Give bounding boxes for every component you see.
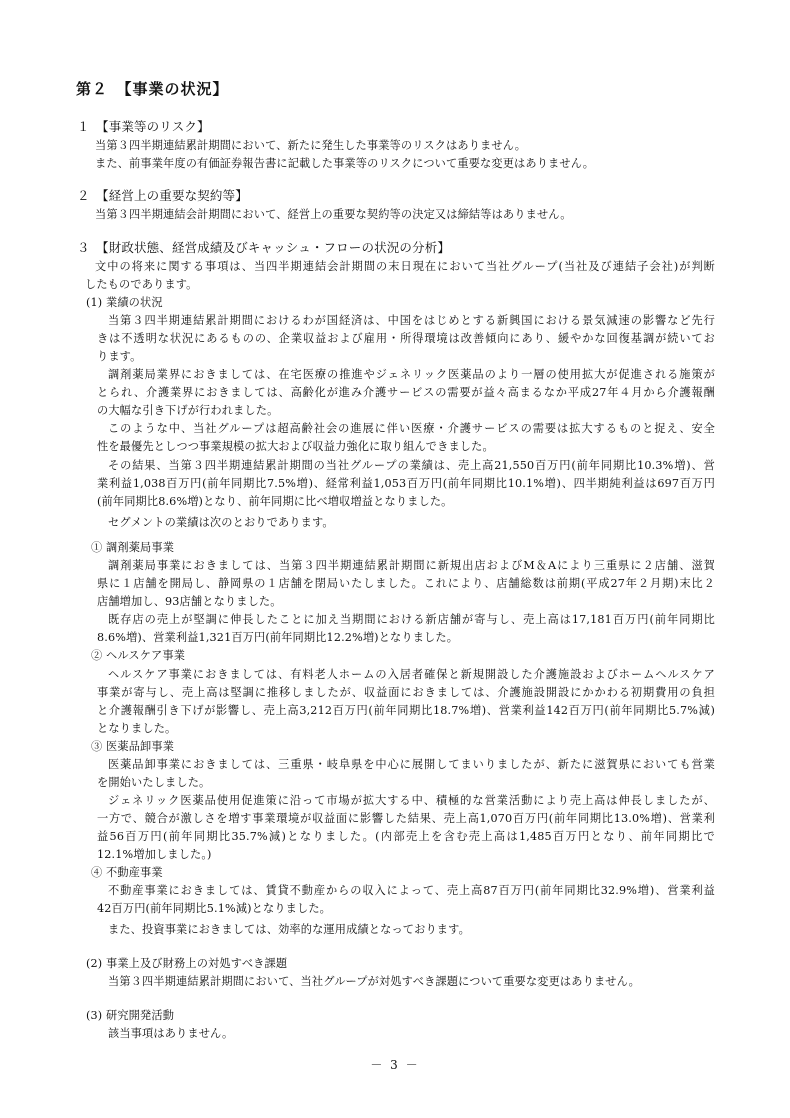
subsection-heading-rnd: (3) 研究開発活動: [86, 1009, 174, 1023]
body-line: ジェネリック医薬品使用促進策に沿って市場が拡大する中、積極的な営業活動により売上…: [108, 794, 715, 810]
segment-heading-wholesale: ③ 医薬品卸事業: [91, 740, 174, 754]
body-line: 店舗増加し、93店舗となりました。: [97, 595, 282, 609]
body-line: と介護報酬引き下げが影響し、売上高3,212百万円(前年同期比18.7%増)、営…: [97, 704, 715, 720]
body-line: 12.1%増加しました。): [97, 848, 212, 862]
body-line: の大幅な引き下げが行われました。: [97, 404, 278, 418]
body-line: 42百万円(前年同期比5.1%減)となりました。: [97, 902, 331, 916]
body-line: ります。: [97, 350, 141, 364]
body-line: となりました。: [97, 722, 176, 736]
section-heading-contracts: ２ 【経営上の重要な契約等】: [77, 189, 248, 203]
page-number: － 3 －: [0, 1056, 790, 1073]
segment-heading-pharmacy: ① 調剤薬局事業: [91, 541, 174, 555]
body-line: 業利益1,038百万円(前年同期比7.5%増)、経常利益1,053百万円(前年同…: [97, 477, 715, 493]
segment-heading-real-estate: ④ 不動産事業: [91, 866, 163, 880]
segment-intro: セグメントの業績は次のとおりであります。: [108, 516, 334, 530]
body-line: (前年同期比8.6%増)となり、前年同期に比べ増収増益となりました。: [97, 495, 453, 509]
body-line: 当第３四半期連結累計期間において、新たに発生した事業等のリスクはありません。: [95, 139, 526, 153]
investment-note: また、投資事業におきましては、効率的な運用成績となっております。: [108, 923, 470, 937]
body-line: 益56百万円(前年同期比35.7%減)となりました。(内部売上を含む売上高は1,…: [97, 830, 715, 846]
body-line: 8.6%増)、営業利益1,321百万円(前年同期比12.2%増)となりました。: [97, 631, 458, 645]
body-line: 調剤薬局事業におきましては、当第３四半期連結累計期間に新規出店およびM＆Aにより…: [108, 559, 715, 575]
body-line: きは不透明な状況にあるものの、企業収益および雇用・所得環境は改善傾向にあり、緩や…: [97, 332, 715, 348]
body-line: ヘルスケア事業におきましては、有料老人ホームの入居者確保と新規開設した介護施設お…: [108, 668, 715, 684]
body-line: 当第３四半期連結会計期間において、経営上の重要な契約等の決定又は締結等はありませ…: [95, 208, 572, 222]
document-page: 第２ 【事業の状況】 １ 【事業等のリスク】 当第３四半期連結累計期間において、…: [0, 0, 790, 1118]
body-line: したものであります。: [85, 278, 197, 292]
body-line: 医薬品卸事業におきましては、三重県・岐阜県を中心に展開してまいりましたが、新たに…: [108, 758, 715, 774]
body-line: 県に１店舗を開局し、静岡県の１店舗を閉局いたしました。これにより、店舗総数は前期…: [97, 577, 715, 593]
body-line: 不動産事業におきましては、賃貸不動産からの収入によって、売上高87百万円(前年同…: [108, 884, 715, 900]
section-heading-analysis: ３ 【財政状態、経営成績及びキャッシュ・フローの状況の分析】: [77, 241, 450, 255]
body-line: その結果、当第３四半期連結累計期間の当社グループの業績は、売上高21,550百万…: [108, 459, 715, 475]
segment-heading-healthcare: ② ヘルスケア事業: [91, 649, 185, 663]
page-title: 第２ 【事業の状況】: [76, 78, 229, 99]
body-line: を開始いたしました。: [97, 776, 210, 790]
body-line: 当第３四半期連結累計期間におけるわが国経済は、中国をはじめとする新興国における景…: [108, 314, 715, 330]
body-line: 当第３四半期連結累計期間において、当社グループが対処すべき課題について重要な変更…: [108, 975, 640, 989]
body-line: 事業が寄与し、売上高は堅調に推移しましたが、収益面におきましては、介護施設開設に…: [97, 686, 715, 702]
body-line: このような中、当社グループは超高齢社会の進展に伴い医療・介護サービスの需要は拡大…: [108, 422, 715, 438]
subsection-heading-performance: (1) 業績の状況: [86, 296, 163, 310]
body-line: とられ、介護業界におきましては、高齢化が進み介護サービスの需要が益々高まるなか平…: [97, 386, 715, 402]
section-heading-risks: １ 【事業等のリスク】: [77, 120, 210, 134]
body-line: 調剤薬局業界におきましては、在宅医療の推進やジェネリック医薬品のより一層の使用拡…: [108, 368, 715, 384]
body-line: また、前事業年度の有価証券報告書に記載した事業等のリスクについて重要な変更はあり…: [95, 157, 594, 171]
subsection-heading-issues: (2) 事業上及び財務上の対処すべき課題: [86, 957, 287, 971]
body-line: 一方で、競合が激しさを増す事業環境が収益面に影響した結果、売上高1,070百万円…: [97, 812, 715, 828]
body-line: 性を最優先としつつ事業規模の拡大および収益力強化に取り組んできました。: [97, 440, 494, 454]
body-line: 該当事項はありません。: [108, 1027, 233, 1041]
body-line: 文中の将来に関する事項は、当四半期連結会計期間の末日現在において当社グループ(当…: [95, 260, 715, 276]
body-line: 既存店の売上が堅調に伸長したことに加え当期間における新店舗が寄与し、売上高は17…: [108, 613, 715, 629]
